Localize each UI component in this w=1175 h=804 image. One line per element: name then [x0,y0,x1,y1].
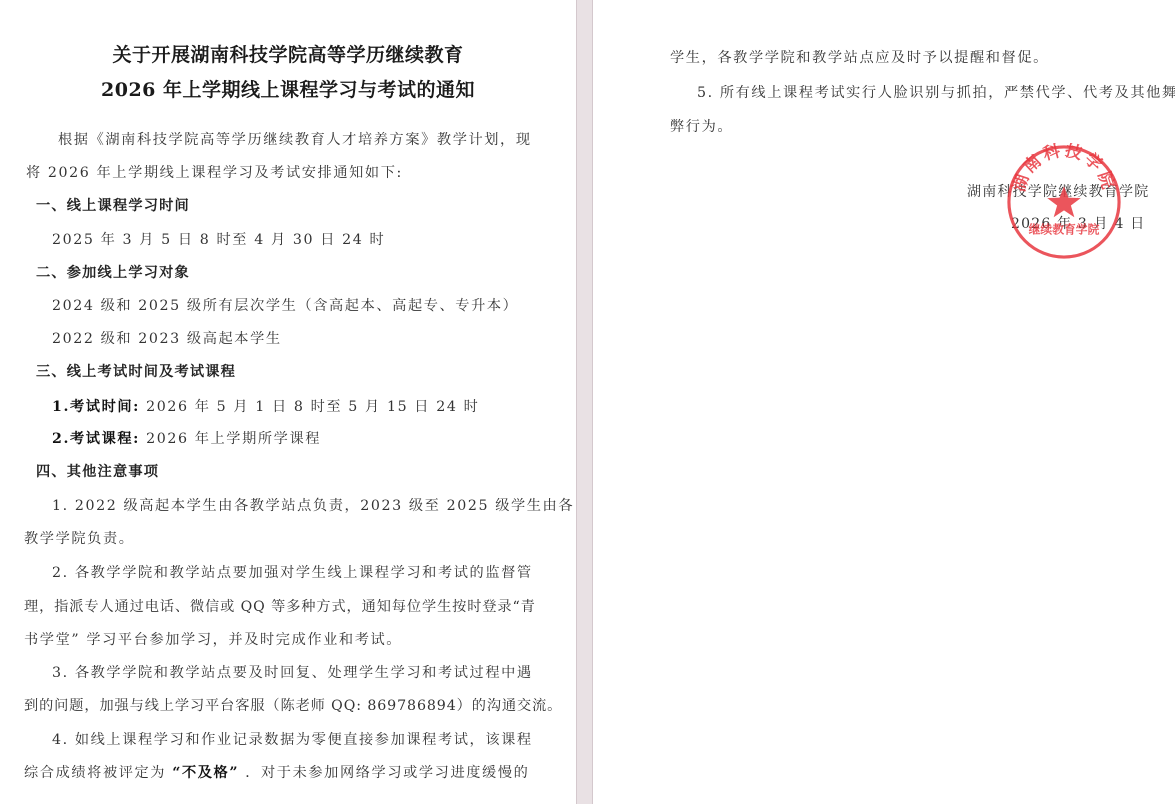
document-title-line-2: 2026 年上学期线上课程学习与考试的通知 [0,75,576,102]
note-1-line-2: 教学学院负责。 [24,528,135,548]
note-5-line-1: 5. 所有线上课程考试实行人脸识别与抓拍，严禁代学、代考及其他舞 [697,82,1175,102]
document-title-line-1: 关于开展湖南科技学院高等学历继续教育 [0,40,576,67]
exam-time-item: 1.考试时间: 2026 年 5 月 1 日 8 时至 5 月 15 日 24 … [52,396,479,416]
target-students-line-1: 2024 级和 2025 级所有层次学生（含高起本、高起专、专升本） [52,295,518,315]
note-4-line-2: 综合成绩将被评定为 “不及格” ．对于未参加网络学习或学习进度缓慢的 [24,762,529,782]
note-2-line-2: 理，指派专人通过电话、微信或 QQ 等多种方式，通知每位学生按时登录“青 [24,596,536,616]
note-4-line-1: 4. 如线上课程学习和作业记录数据为零便直接参加课程考试，该课程 [52,729,533,749]
exam-course-label: 2.考试课程: [52,431,140,447]
study-period-text: 2025 年 3 月 5 日 8 时至 4 月 30 日 24 时 [52,229,385,249]
note-1-line-1: 1. 2022 级高起本学生由各教学站点负责，2023 级至 2025 级学生由… [52,495,574,515]
note-4-text-b: ．对于未参加网络学习或学习进度缓慢的 [245,765,529,781]
section-heading-1: 一、线上课程学习时间 [36,195,190,215]
exam-time-value: 2026 年 5 月 1 日 8 时至 5 月 15 日 24 时 [140,399,479,415]
page-gutter [576,0,593,804]
note-3-line-2: 到的问题，加强与线上学习平台客服（陈老师 QQ: 869786894）的沟通交流… [24,695,562,715]
section-heading-4: 四、其他注意事项 [36,461,159,481]
note-4-line-3: 学生，各教学学院和教学站点应及时予以提醒和督促。 [670,47,1049,67]
intro-paragraph-line-1: 根据《湖南科技学院高等学历继续教育人才培养方案》教学计划，现 [58,129,532,149]
signature-organization: 湖南科技学院继续教育学院 [967,181,1149,201]
section-heading-2: 二、参加线上学习对象 [36,262,190,282]
note-5-line-2: 弊行为。 [670,116,733,136]
exam-course-value: 2026 年上学期所学课程 [140,431,321,447]
exam-time-label: 1.考试时间: [52,399,140,415]
note-2-line-3: 书学堂” 学习平台参加学习，并及时完成作业和考试。 [24,629,402,649]
target-students-line-2: 2022 级和 2023 级高起本学生 [52,328,282,348]
note-2-line-1: 2. 各教学学院和教学站点要加强对学生线上课程学习和考试的监督管 [52,562,533,582]
signature-date: 2026 年 3 月 4 日 [1011,213,1146,233]
note-4-text-a: 综合成绩将被评定为 [24,765,166,781]
note-3-line-1: 3. 各教学学院和教学站点要及时回复、处理学生学习和考试过程中遇 [52,662,533,682]
fail-grade-emphasis: “不及格” [172,765,239,781]
document-page-2: 学生，各教学学院和教学站点应及时予以提醒和督促。 5. 所有线上课程考试实行人脸… [593,0,1175,804]
exam-course-item: 2.考试课程: 2026 年上学期所学课程 [52,428,321,448]
document-page-1: 关于开展湖南科技学院高等学历继续教育 2026 年上学期线上课程学习与考试的通知… [0,0,576,804]
section-heading-3: 三、线上考试时间及考试课程 [36,361,236,381]
intro-paragraph-line-2: 将 2026 年上学期线上课程学习及考试安排通知如下: [26,162,403,182]
